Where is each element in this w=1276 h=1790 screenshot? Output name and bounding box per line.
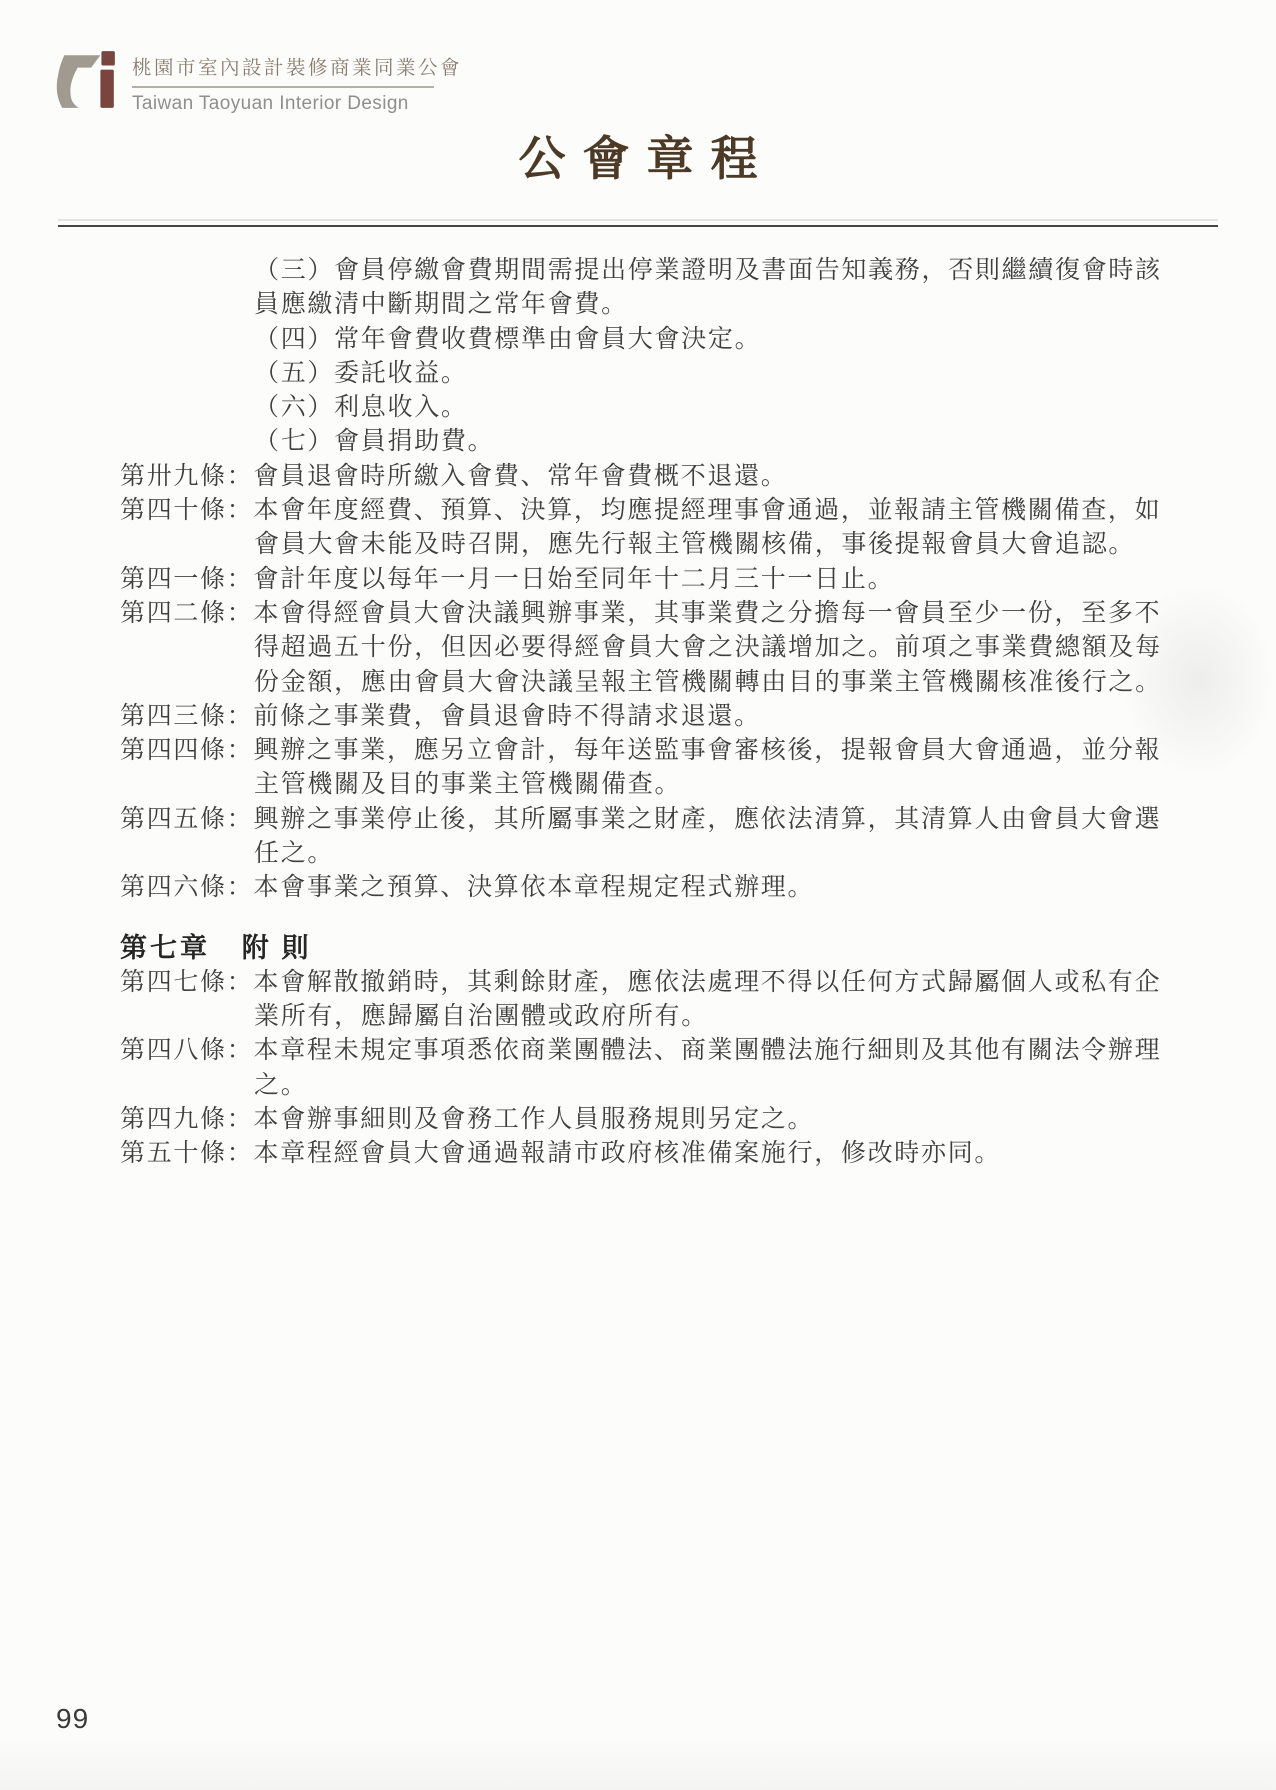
logo-mark-icon bbox=[54, 48, 120, 114]
document-line: 份金額，應由會員大會決議呈報主管機關轉由目的事業主管機關核准後行之。 bbox=[254, 665, 1276, 699]
document-line: 第四三條：前條之事業費，會員退會時不得請求退還。 bbox=[120, 699, 1276, 733]
chapter-title: 附 則 bbox=[242, 933, 312, 963]
document-line: 第四十條：本會年度經費、預算、決算，均應提經理事會通過，並報請主管機關備查，如 bbox=[120, 493, 1276, 527]
document-line: 第四九條：本會辦事細則及會務工作人員服務規則另定之。 bbox=[120, 1102, 1276, 1136]
document-line: （三）會員停繳會費期間需提出停業證明及書面告知義務，否則繼續復會時該 bbox=[254, 253, 1276, 287]
document-line: （四）常年會費收費標準由會員大會決定。 bbox=[254, 322, 1276, 356]
scan-artifact bbox=[0, 1732, 1276, 1790]
page-number: 99 bbox=[56, 1703, 89, 1735]
document-line: 第四一條：會計年度以每年一月一日始至同年十二月三十一日止。 bbox=[120, 562, 1276, 596]
document-line: （七）會員捐助費。 bbox=[254, 424, 1276, 458]
logo-en-name: Taiwan Taoyuan Interior Design bbox=[132, 93, 462, 115]
document-line: 員應繳清中斷期間之常年會費。 bbox=[254, 287, 1276, 321]
document-line: 得超過五十份，但因必要得經會員大會之決議增加之。前項之事業費總額及每 bbox=[254, 630, 1276, 664]
logo-divider bbox=[132, 86, 434, 88]
page-title: 公會章程 bbox=[0, 122, 1276, 189]
document-line: 第四六條：本會事業之預算、決算依本章程規定程式辦理。 bbox=[120, 870, 1276, 904]
document-line: 主管機關及目的事業主管機關備查。 bbox=[254, 767, 1276, 801]
title-divider-light-line bbox=[58, 219, 1218, 221]
articles-section-1: （三）會員停繳會費期間需提出停業證明及書面告知義務，否則繼續復會時該員應繳清中斷… bbox=[0, 253, 1276, 905]
document-line: 第四四條：興辦之事業，應另立會計，每年送監事會審核後，提報會員大會通過，並分報 bbox=[120, 733, 1276, 767]
document-line: 第卅九條：會員退會時所繳入會費、常年會費概不退還。 bbox=[120, 459, 1276, 493]
chapter-heading: 第七章 附 則 bbox=[120, 932, 1276, 965]
title-divider-dark-line bbox=[58, 225, 1218, 227]
document-line: 業所有，應歸屬自治團體或政府所有。 bbox=[254, 999, 1276, 1033]
document-line: 第四七條：本會解散撤銷時，其剩餘財產，應依法處理不得以任何方式歸屬個人或私有企 bbox=[120, 965, 1276, 999]
document-body: （三）會員停繳會費期間需提出停業證明及書面告知義務，否則繼續復會時該員應繳清中斷… bbox=[0, 253, 1276, 1170]
document-line: 第四二條：本會得經會員大會決議興辦事業，其事業費之分擔每一會員至少一份，至多不 bbox=[120, 596, 1276, 630]
document-line: 之。 bbox=[254, 1068, 1276, 1102]
title-divider bbox=[58, 219, 1218, 227]
document-line: 第四八條：本章程未規定事項悉依商業團體法、商業團體法施行細則及其他有關法令辦理 bbox=[120, 1033, 1276, 1067]
document-page: 桃園市室內設計裝修商業同業公會 Taiwan Taoyuan Interior … bbox=[0, 0, 1276, 1790]
document-line: 第四五條：興辦之事業停止後，其所屬事業之財產，應依法清算，其清算人由會員大會選 bbox=[120, 802, 1276, 836]
document-line: 任之。 bbox=[254, 836, 1276, 870]
org-logo: 桃園市室內設計裝修商業同業公會 Taiwan Taoyuan Interior … bbox=[54, 48, 462, 115]
document-line: （五）委託收益。 bbox=[254, 356, 1276, 390]
document-line: （六）利息收入。 bbox=[254, 390, 1276, 424]
document-line: 第五十條：本章程經會員大會通過報請市政府核准備案施行，修改時亦同。 bbox=[120, 1136, 1276, 1170]
document-line: 會員大會未能及時召開，應先行報主管機關核備，事後提報會員大會追認。 bbox=[254, 527, 1276, 561]
articles-section-2: 第四七條：本會解散撤銷時，其剩餘財產，應依法處理不得以任何方式歸屬個人或私有企業… bbox=[0, 965, 1276, 1171]
logo-zh-name: 桃園市室內設計裝修商業同業公會 bbox=[132, 52, 462, 80]
chapter-number: 第七章 bbox=[120, 933, 210, 963]
logo-text-block: 桃園市室內設計裝修商業同業公會 Taiwan Taoyuan Interior … bbox=[132, 48, 462, 115]
